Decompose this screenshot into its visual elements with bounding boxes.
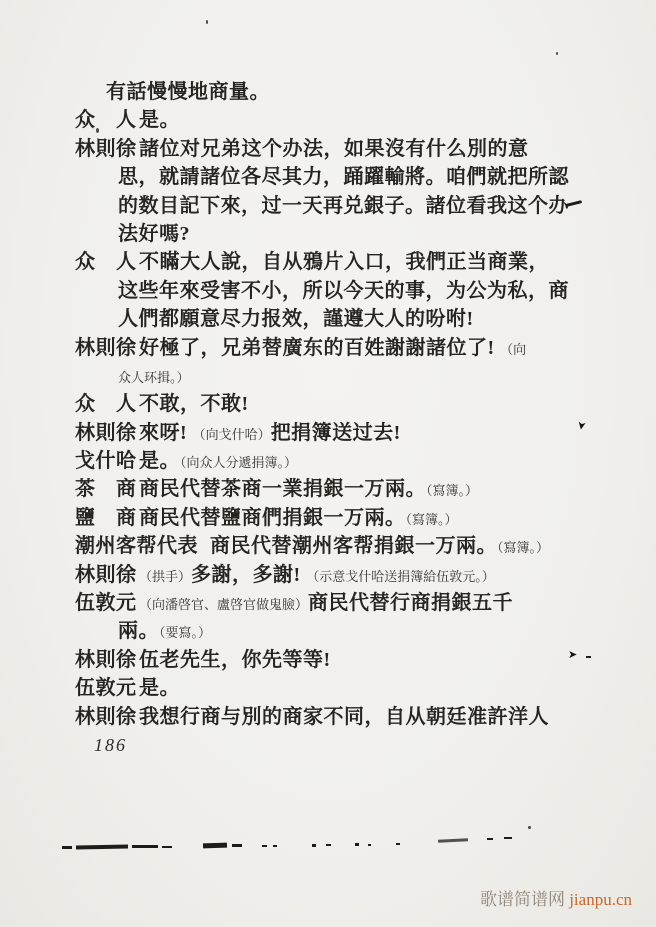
stage-direction: （向 bbox=[500, 342, 526, 357]
noise-dash bbox=[368, 844, 371, 846]
speech-text: 不瞞大人說，自从鴉片入口，我們正当商業， bbox=[139, 251, 549, 273]
speaker-name: 林則徐 bbox=[75, 135, 139, 163]
speaker-name: 林則徐 bbox=[75, 334, 139, 362]
speech-text: 人們都願意尽力报效，謹遵大人的吩咐! bbox=[118, 308, 474, 330]
stage-direction: （拱手） bbox=[139, 569, 191, 584]
script-line: 法好嗎? bbox=[118, 220, 595, 248]
noise-dash bbox=[262, 845, 267, 847]
page-number: 186 bbox=[94, 735, 127, 756]
speech-text: 这些年來受害不小，所以今天的事，为公为私，商 bbox=[118, 280, 569, 302]
speech-text: 思，就請諸位各尽其力，踊躍輸將。咱們就把所認 bbox=[118, 166, 569, 188]
script-line: 兩。（要寫。） bbox=[118, 617, 595, 645]
speech-text: 我想行商与別的商家不同，自从朝廷准許洋人 bbox=[139, 706, 549, 728]
script-block: 有話慢慢地商量。众 人是。林則徐諸位对兄弟这个办法，如果沒有什么別的意思，就請諸… bbox=[75, 78, 595, 731]
script-line: 鹽 商商民代替鹽商們捐銀一万兩。（寫簿。） bbox=[75, 504, 595, 532]
speech-text: 不敢，不敢! bbox=[139, 393, 249, 415]
stage-direction: 众人环揖。） bbox=[118, 370, 190, 385]
noise-dash bbox=[504, 837, 512, 839]
noise-dash bbox=[396, 843, 400, 845]
speech-text: 來呀! bbox=[139, 422, 193, 444]
script-line: 伍敦元（向潘啓官、盧啓官做鬼臉）商民代替行商捐銀五千 bbox=[75, 589, 595, 617]
stage-direction: （寫簿。） bbox=[426, 483, 478, 498]
speech-text: 伍老先生，你先等等! bbox=[139, 649, 331, 671]
dust-speck bbox=[206, 20, 208, 24]
speech-text: 有話慢慢地商量。 bbox=[106, 81, 270, 103]
speech-text: 商民代替潮州客帮捐銀一万兩。 bbox=[210, 535, 497, 557]
script-line: 戈什哈是。（向众人分遞捐簿。） bbox=[75, 447, 595, 475]
scanned-page: 有話慢慢地商量。众 人是。林則徐諸位对兄弟这个办法，如果沒有什么別的意思，就請諸… bbox=[0, 0, 656, 927]
speech-text: 是。 bbox=[139, 677, 180, 699]
script-line: 人們都願意尽力报效，謹遵大人的吩咐! bbox=[118, 305, 595, 333]
speech-text: 兩。 bbox=[118, 620, 159, 642]
noise-dash bbox=[62, 846, 72, 849]
script-line: 林則徐伍老先生，你先等等! bbox=[75, 646, 595, 674]
speaker-name: 林則徐 bbox=[75, 561, 139, 589]
speaker-name: 林則徐 bbox=[75, 703, 139, 731]
script-line: 林則徐好極了，兄弟替廣东的百姓謝謝諸位了! （向 bbox=[75, 334, 595, 362]
script-line: 林則徐（拱手）多謝，多謝! （示意戈什哈送捐簿給伍敦元。） bbox=[75, 561, 595, 589]
script-line: 这些年來受害不小，所以今天的事，为公为私，商 bbox=[118, 277, 595, 305]
speaker-name: 潮州客帮代表 bbox=[75, 532, 198, 560]
speech-text: 的数目記下來，过一天再兑銀子。諸位看我这个办 bbox=[118, 195, 569, 217]
dust-speck bbox=[556, 52, 558, 55]
script-line: 林則徐來呀! （向戈什哈）把捐簿送过去! bbox=[75, 419, 595, 447]
stage-direction: （向潘啓官、盧啓官做鬼臉） bbox=[139, 597, 308, 612]
speaker-name: 众 人 bbox=[75, 248, 139, 276]
dust-speck bbox=[528, 826, 531, 829]
script-line: 众 人不瞞大人說，自从鴉片入口，我們正当商業， bbox=[75, 248, 595, 276]
stage-direction: （示意戈什哈送捐簿給伍敦元。） bbox=[306, 569, 495, 584]
script-line: 茶 商商民代替茶商一業捐銀一万兩。（寫簿。） bbox=[75, 475, 595, 503]
watermark-site-url: jianpu.cn bbox=[569, 890, 632, 909]
speech-text: 把捐簿送过去! bbox=[271, 422, 401, 444]
script-line: 伍敦元是。 bbox=[75, 674, 595, 702]
speech-text: 多謝，多謝! bbox=[191, 564, 306, 586]
speech-text: 商民代替鹽商們捐銀一万兩。 bbox=[139, 507, 406, 529]
script-line: 林則徐我想行商与別的商家不同，自从朝廷准許洋人 bbox=[75, 703, 595, 731]
watermark: 歌谱简谱网 jianpu.cn bbox=[480, 885, 632, 910]
arrow-ink-mark: ➤ bbox=[574, 420, 586, 431]
speech-text: 好極了，兄弟替廣东的百姓謝謝諸位了! bbox=[139, 337, 500, 359]
speaker-name: 茶 商 bbox=[75, 475, 139, 503]
speech-text: 商民代替行商捐銀五千 bbox=[308, 592, 513, 614]
watermark-site-name: 歌谱简谱网 bbox=[480, 890, 569, 909]
stage-direction: （向众人分遞捐簿。） bbox=[180, 455, 297, 470]
script-line: 潮州客帮代表商民代替潮州客帮捐銀一万兩。（寫簿。） bbox=[75, 532, 595, 560]
script-line: 有話慢慢地商量。 bbox=[106, 78, 595, 106]
stage-direction: （向戈什哈） bbox=[193, 427, 271, 442]
speaker-name: 众 人 bbox=[75, 106, 139, 134]
noise-dash bbox=[487, 838, 493, 840]
speaker-name: 众 人 bbox=[75, 390, 139, 418]
noise-dash bbox=[162, 846, 172, 848]
speech-text: 商民代替茶商一業捐銀一万兩。 bbox=[139, 478, 426, 500]
noise-dash bbox=[326, 844, 331, 846]
noise-dash bbox=[312, 844, 316, 847]
speaker-name: 林則徐 bbox=[75, 646, 139, 674]
arrow-ink-mark: ➤ bbox=[568, 650, 577, 661]
noise-dash bbox=[76, 845, 128, 850]
speaker-name: 戈什哈 bbox=[75, 447, 139, 475]
noise-dash bbox=[438, 838, 468, 843]
stage-direction: （寫簿。） bbox=[406, 512, 458, 527]
stage-direction: （要寫。） bbox=[159, 625, 211, 640]
speech-text: 是。 bbox=[139, 109, 180, 131]
speech-text: 是。 bbox=[139, 450, 180, 472]
noise-dash bbox=[232, 844, 242, 847]
ink-mark bbox=[586, 656, 591, 658]
speaker-name: 林則徐 bbox=[75, 419, 139, 447]
script-line: 众 人不敢，不敢! bbox=[75, 390, 595, 418]
noise-dash bbox=[132, 845, 158, 848]
script-line: 众 人是。 bbox=[75, 106, 595, 134]
script-line: 众人环揖。） bbox=[118, 362, 595, 390]
dust-speck bbox=[96, 128, 99, 133]
speech-text: 法好嗎? bbox=[118, 223, 190, 245]
stage-direction: （寫簿。） bbox=[497, 540, 549, 555]
script-line: 林則徐諸位对兄弟这个办法，如果沒有什么別的意 bbox=[75, 135, 595, 163]
noise-dash bbox=[273, 845, 277, 847]
speaker-name: 鹽 商 bbox=[75, 504, 139, 532]
speaker-name: 伍敦元 bbox=[75, 589, 139, 617]
noise-dash bbox=[203, 843, 227, 849]
speech-text: 諸位对兄弟这个办法，如果沒有什么別的意 bbox=[139, 138, 529, 160]
noise-dash bbox=[355, 843, 359, 846]
script-line: 思，就請諸位各尽其力，踊躍輸將。咱們就把所認 bbox=[118, 163, 595, 191]
speaker-name: 伍敦元 bbox=[75, 674, 139, 702]
script-line: 的数目記下來，过一天再兑銀子。諸位看我这个办 bbox=[118, 192, 595, 220]
